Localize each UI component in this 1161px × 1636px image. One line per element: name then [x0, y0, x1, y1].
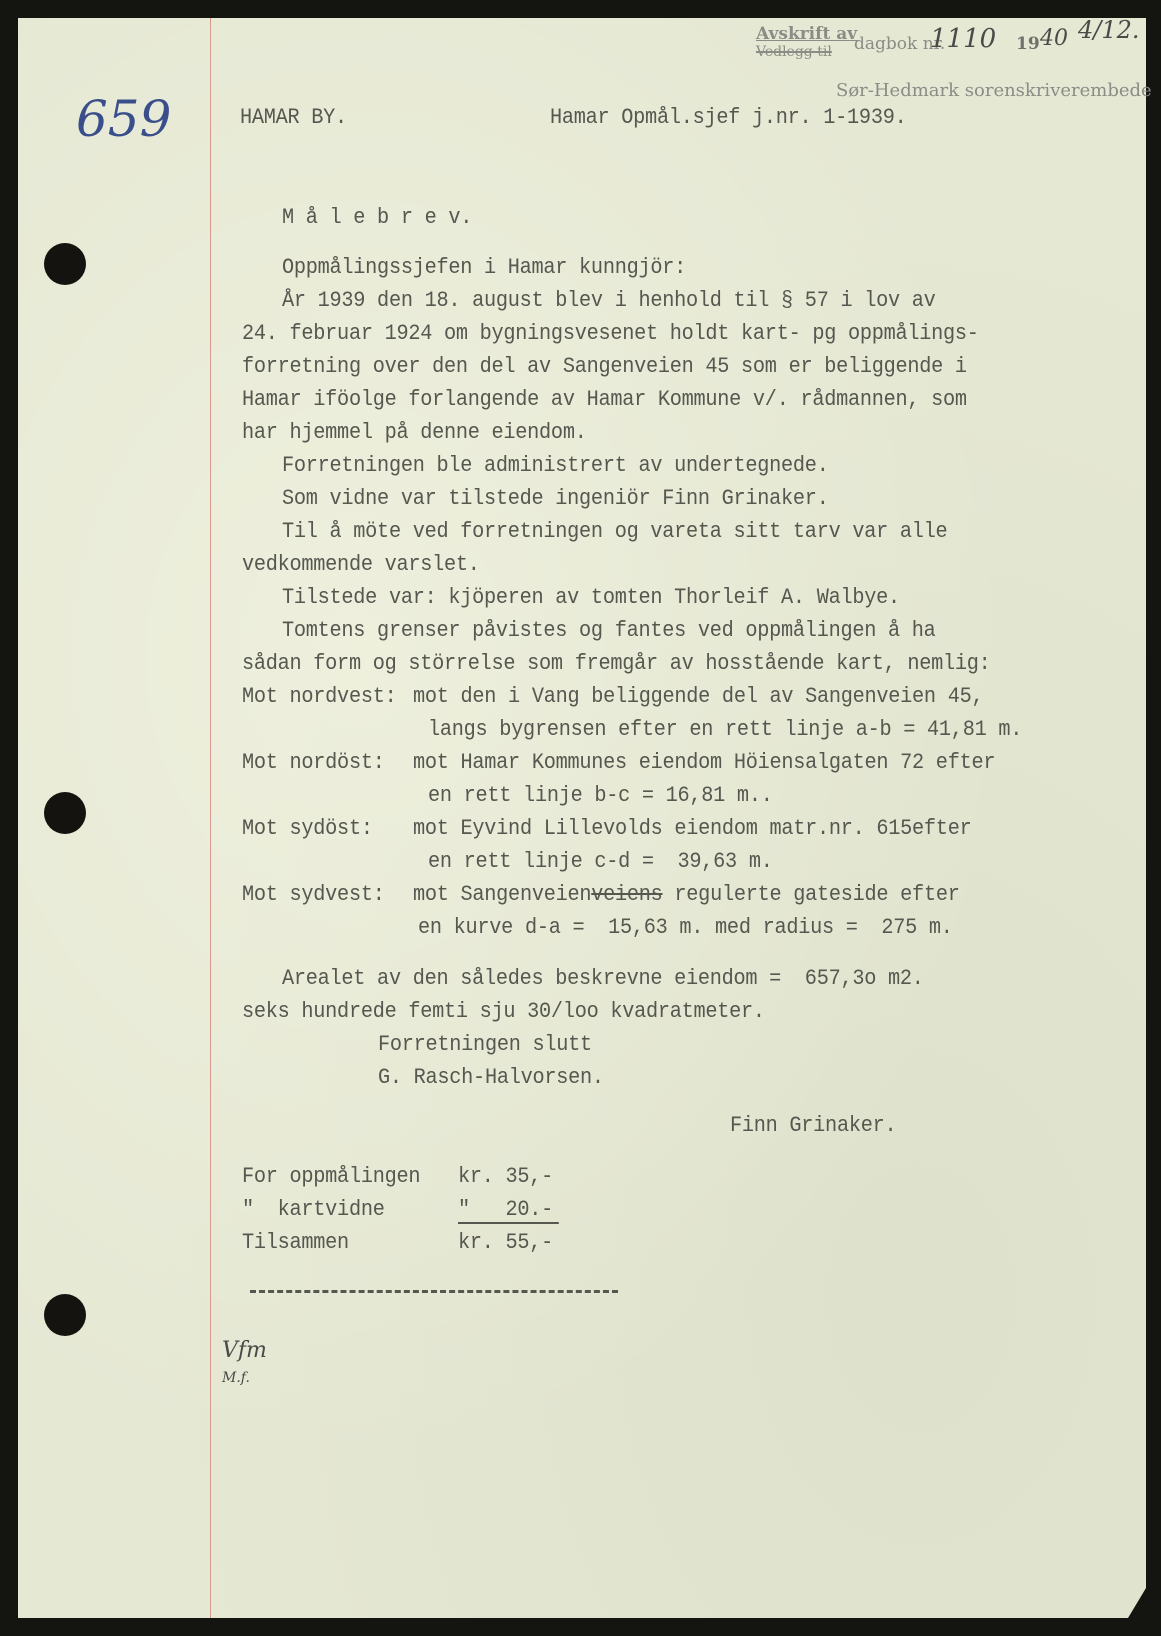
body-line: 24. februar 1924 om bygningsvesenet hold…: [242, 320, 979, 346]
stamp-office: Sør-Hedmark sorenskriverembede: [836, 80, 1152, 101]
body-line: År 1939 den 18. august blev i henhold ti…: [282, 287, 936, 313]
header-right: Hamar Opmål.sjef j.nr. 1-1939.: [550, 104, 906, 130]
struck-word: veiens: [591, 881, 662, 907]
divider-dashes: [250, 1290, 618, 1293]
stamp-year-suffix: 40: [1040, 26, 1068, 51]
body-line: forretning over den del av Sangenveien 4…: [242, 353, 967, 379]
boundary-text: mot Sangenveienveiens regulerte gateside…: [413, 881, 960, 907]
body-line: Tomtens grenser påvistes og fantes ved o…: [282, 617, 936, 643]
boundary-text-b: regulerte gateside efter: [663, 881, 960, 907]
area-line: seks hundrede femti sju 30/loo kvadratme…: [242, 998, 765, 1024]
fee-amount: kr. 35,-: [458, 1163, 553, 1189]
boundary-text: en rett linje c-d = 39,63 m.: [428, 848, 773, 874]
fee-label: For oppmålingen: [242, 1163, 420, 1189]
boundary-text: en rett linje b-c = 16,81 m..: [428, 782, 773, 808]
boundary-text: mot Eyvind Lillevolds eiendom matr.nr. 6…: [413, 815, 971, 841]
fee-amount: kr. 55,-: [458, 1229, 553, 1255]
boundary-text: mot den i Vang beliggende del av Sangenv…: [413, 683, 983, 709]
boundary-text: en kurve d-a = 15,63 m. med radius = 275…: [418, 914, 953, 940]
initials: Vfm: [222, 1338, 267, 1363]
body-line: har hjemmel på denne eiendom.: [242, 419, 587, 445]
body-line: Forretningen ble administrert av underte…: [282, 452, 829, 478]
boundary-label: Mot sydvest:: [242, 881, 385, 907]
fee-label: " kartvidne: [242, 1196, 385, 1222]
punch-hole-icon: [44, 243, 86, 285]
punch-hole-icon: [44, 792, 86, 834]
closing-line: Forretningen slutt: [378, 1031, 592, 1057]
header-left: HAMAR BY.: [240, 104, 347, 130]
boundary-label: Mot sydöst:: [242, 815, 373, 841]
page-number: 659: [76, 90, 171, 148]
stamp-date: 4/12.: [1078, 16, 1140, 44]
dagbok-number: 1110: [930, 24, 996, 54]
punch-hole-icon: [44, 1294, 86, 1336]
initials: M.f.: [222, 1370, 250, 1386]
folded-corner: [1128, 1588, 1146, 1618]
body-line: Som vidne var tilstede ingeniör Finn Gri…: [282, 485, 829, 511]
document-title: M å l e b r e v.: [282, 204, 472, 230]
body-line: sådan form og störrelse som fremgår av h…: [242, 650, 991, 676]
body-line: Oppmålingssjefen i Hamar kunngjör:: [282, 254, 686, 280]
signer-name: G. Rasch-Halvorsen.: [378, 1064, 604, 1090]
fee-amount: " 20.-: [458, 1196, 558, 1224]
body-line: vedkommende varslet.: [242, 551, 480, 577]
margin-rule: [210, 18, 211, 1618]
stamp-year-prefix: 19: [1016, 34, 1040, 54]
body-line: Tilstede var: kjöperen av tomten Thorlei…: [282, 584, 900, 610]
boundary-label: Mot nordvest:: [242, 683, 396, 709]
boundary-text: langs bygrensen efter en rett linje a-b …: [428, 716, 1022, 742]
area-line: Arealet av den således beskrevne eiendom…: [282, 965, 924, 991]
stamp-crossed-word: Vedlegg til: [756, 44, 832, 60]
document-page: Avskrift av Vedlegg til dagbok nr. 1110 …: [18, 18, 1146, 1618]
boundary-text-a: mot Sangenveien: [413, 881, 591, 907]
fee-label: Tilsammen: [242, 1229, 349, 1255]
stamp-avskrift: Avskrift av: [756, 24, 857, 44]
body-line: Til å möte ved forretningen og vareta si…: [282, 518, 947, 544]
boundary-label: Mot nordöst:: [242, 749, 385, 775]
boundary-text: mot Hamar Kommunes eiendom Höiensalgaten…: [413, 749, 995, 775]
body-line: Hamar iföolge forlangende av Hamar Kommu…: [242, 386, 967, 412]
signer-name: Finn Grinaker.: [730, 1112, 896, 1138]
